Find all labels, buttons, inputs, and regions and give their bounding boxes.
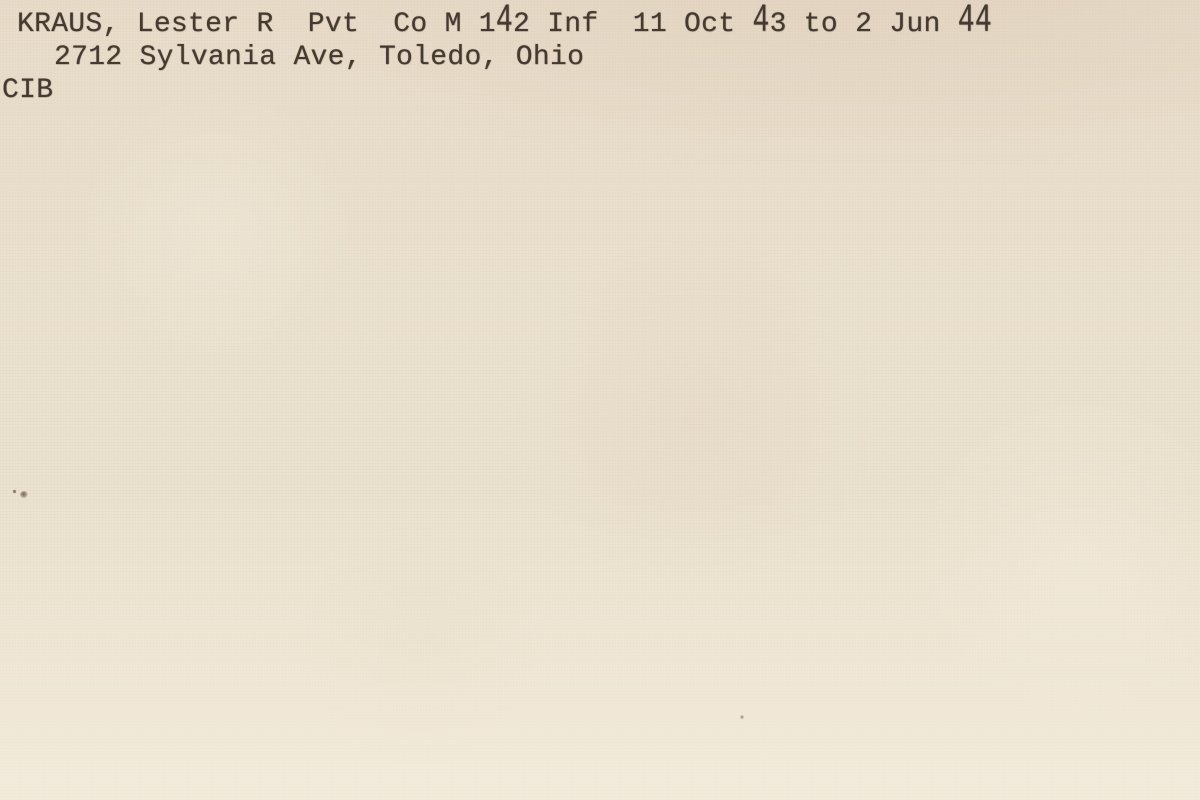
typed-line-service-record: KRAUS, Lester R Pvt Co M 142 Inf 11 Oct … xyxy=(17,8,992,41)
tall-four-glyph: 4 xyxy=(496,0,513,45)
tall-four-glyph: 4 xyxy=(752,0,769,45)
typed-line-address: 2712 Sylvania Ave, Toledo, Ohio xyxy=(54,41,584,74)
ink-smudge xyxy=(20,491,28,498)
tall-four-glyph: 4 xyxy=(958,0,975,45)
ink-speck xyxy=(740,715,744,720)
scanned-index-card: KRAUS, Lester R Pvt Co M 142 Inf 11 Oct … xyxy=(0,0,1200,800)
ink-speck xyxy=(13,490,16,493)
typed-line-award: CIB xyxy=(2,74,53,107)
tall-four-glyph: 4 xyxy=(975,0,992,45)
